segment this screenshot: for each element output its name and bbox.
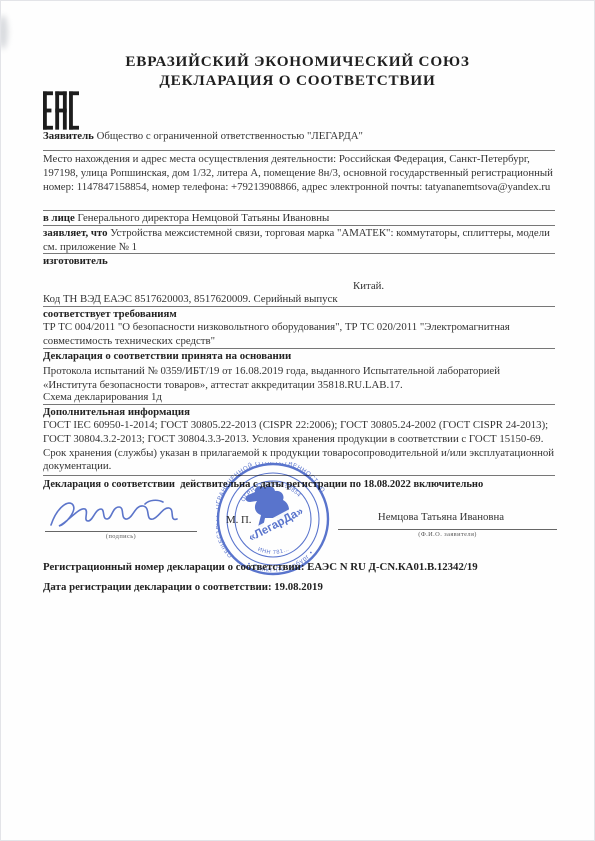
reg-number-label: Регистрационный номер декларации о соотв… [43, 561, 304, 573]
reg-date-value: 19.08.2019 [274, 581, 323, 593]
section-divider [43, 306, 555, 307]
section-divider [43, 404, 555, 405]
represented-line: в лице Генерального директора Немцовой Т… [43, 212, 556, 226]
fio-caption: (Ф.И.О. заявителя) [338, 531, 557, 538]
declares-label: заявляет, что [43, 227, 108, 239]
reg-number-line: Регистрационный номер декларации о соотв… [43, 561, 573, 573]
company-stamp: ОБЩЕСТВО С ОГРАНИЧЕННОЙ ОТВЕТСТВЕННОСТЬЮ… [216, 462, 330, 576]
manufacturer-country: Китай. [353, 280, 473, 294]
declaration-document-page: ЕВРАЗИЙСКИЙ ЭКОНОМИЧЕСКИЙ СОЮЗ ДЕКЛАРАЦИ… [0, 0, 595, 841]
section-divider [43, 253, 555, 254]
declares-text: Устройства межсистемной связи, торговая … [43, 227, 550, 253]
section-divider [43, 210, 555, 211]
represented-text: Генерального директора Немцовой Татьяны … [78, 212, 330, 224]
declares-line: заявляет, что Устройства межсистемной св… [43, 227, 556, 255]
section-divider [43, 348, 555, 349]
document-title-line1: ЕВРАЗИЙСКИЙ ЭКОНОМИЧЕСКИЙ СОЮЗ [1, 53, 594, 71]
fio-name: Немцова Татьяна Ивановна [341, 511, 541, 523]
signature-caption: (подпись) [45, 533, 197, 540]
represented-label: в лице [43, 212, 75, 224]
applicant-label: Заявитель [43, 130, 94, 142]
applicant-line: Заявитель Общество с ограниченной ответс… [43, 130, 556, 144]
section-divider [43, 150, 555, 151]
signature-line [45, 531, 197, 532]
basis-label: Декларация о соответствии принята на осн… [43, 350, 556, 364]
fio-line [338, 529, 557, 530]
additional-label: Дополнительная информация [43, 406, 556, 420]
reg-date-label: Дата регистрации декларации о соответств… [43, 581, 272, 593]
scheme-text: Схема декларирования 1д [43, 391, 556, 405]
document-title-line2: ДЕКЛАРАЦИЯ О СООТВЕТСТВИИ [1, 72, 594, 90]
tnved-line: Код ТН ВЭД ЕАЭС 8517620003, 8517620009. … [43, 293, 556, 307]
signature-scrawl [45, 495, 195, 533]
eac-mark-icon [43, 85, 79, 136]
reg-date-line: Дата регистрации декларации о соответств… [43, 581, 573, 593]
meets-label: соответствует требованиям [43, 308, 556, 322]
scan-smudge [0, 15, 8, 49]
section-divider [43, 225, 555, 226]
manufacturer-label: изготовитель [43, 255, 556, 269]
address-paragraph: Место нахождения и адрес места осуществл… [43, 153, 556, 194]
basis-text: Протокола испытаний № 0359/ИБТ/19 от 16.… [43, 365, 556, 393]
reg-number-value: ЕАЭС N RU Д-CN.КА01.В.12342/19 [307, 561, 477, 573]
meets-text: ТР ТС 004/2011 "О безопасности низковоль… [43, 321, 556, 349]
applicant-text: Общество с ограниченной ответственностью… [97, 130, 363, 142]
